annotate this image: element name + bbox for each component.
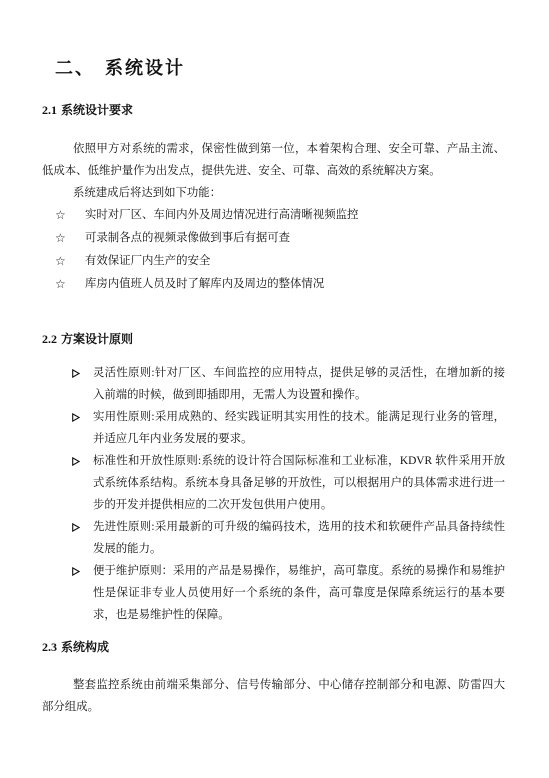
paragraph-requirements: 依照甲方对系统的需求，保密性做到第一位，本着架构合理、安全可靠、产品主流、低成本…: [42, 138, 505, 182]
section-heading-2-1: 2.1系统设计要求: [42, 103, 505, 118]
star-outline-icon: ☆: [42, 250, 85, 273]
document-page: 二、系统设计 2.1系统设计要求 依照甲方对系统的需求，保密性做到第一位，本着架…: [0, 0, 549, 778]
chapter-title: 系统设计: [105, 58, 185, 78]
list-item: 先进性原则:采用最新的可升级的编码技术，选用的技术和软硬件产品具备持续性发展的能…: [42, 516, 505, 560]
section-title: 系统构成: [61, 640, 109, 654]
chapter-number: 二、: [55, 58, 95, 78]
star-outline-icon: ☆: [42, 273, 85, 296]
list-item-text: 标准性和开放性原则:系统的设计符合国际标准和工业标准，KDVR 软件采用开放式系…: [93, 450, 505, 516]
arrowhead-right-icon: [72, 450, 93, 466]
section-number: 2.3: [42, 640, 57, 654]
list-item: 实用性原则:采用成熟的、经实践证明其实用性的技术。能满足现行业务的管理，并适应几…: [42, 406, 505, 450]
star-outline-icon: ☆: [42, 227, 85, 250]
paragraph-functions-intro: 系统建成后将达到如下功能：: [42, 182, 505, 204]
arrowhead-right-icon: [72, 406, 93, 422]
list-item-text: 可录制各点的视频录像做到事后有据可查: [85, 227, 505, 250]
section-title: 方案设计原则: [61, 332, 133, 346]
list-item: 便于维护原则：采用的产品是易操作，易维护，高可靠度。系统的易操作和易维护性是保证…: [42, 560, 505, 626]
list-item: ☆ 可录制各点的视频录像做到事后有据可查: [42, 227, 505, 250]
arrowhead-right-icon: [72, 516, 93, 532]
star-outline-icon: ☆: [42, 204, 85, 227]
list-item-text: 库房内值班人员及时了解库内及周边的整体情况: [85, 273, 505, 296]
section-heading-2-2: 2.2方案设计原则: [42, 332, 505, 347]
list-item-text: 便于维护原则：采用的产品是易操作，易维护，高可靠度。系统的易操作和易维护性是保证…: [93, 560, 505, 626]
arrowhead-right-icon: [72, 560, 93, 576]
chapter-heading: 二、系统设计: [55, 56, 505, 80]
design-principle-list: 灵活性原则:针对厂区、车间监控的应用特点，提供足够的灵活性，在增加新的接入前端的…: [42, 362, 505, 626]
arrowhead-right-icon: [72, 362, 93, 378]
list-item: ☆ 有效保证厂内生产的安全: [42, 250, 505, 273]
list-item: 标准性和开放性原则:系统的设计符合国际标准和工业标准，KDVR 软件采用开放式系…: [42, 450, 505, 516]
paragraph-system-composition: 整套监控系统由前端采集部分、信号传输部分、中心储存控制部分和电源、防雷四大部分组…: [42, 674, 505, 718]
list-item-text: 灵活性原则:针对厂区、车间监控的应用特点，提供足够的灵活性，在增加新的接入前端的…: [93, 362, 505, 406]
list-item-text: 实用性原则:采用成熟的、经实践证明其实用性的技术。能满足现行业务的管理，并适应几…: [93, 406, 505, 450]
list-item-text: 先进性原则:采用最新的可升级的编码技术，选用的技术和软硬件产品具备持续性发展的能…: [93, 516, 505, 560]
feature-list: ☆ 实时对厂区、车间内外及周边情况进行高清晰视频监控 ☆ 可录制各点的视频录像做…: [42, 204, 505, 296]
section-title: 系统设计要求: [61, 103, 133, 117]
list-item: 灵活性原则:针对厂区、车间监控的应用特点，提供足够的灵活性，在增加新的接入前端的…: [42, 362, 505, 406]
list-item: ☆ 实时对厂区、车间内外及周边情况进行高清晰视频监控: [42, 204, 505, 227]
list-item-text: 实时对厂区、车间内外及周边情况进行高清晰视频监控: [85, 204, 505, 227]
section-heading-2-3: 2.3系统构成: [42, 640, 505, 655]
list-item: ☆ 库房内值班人员及时了解库内及周边的整体情况: [42, 273, 505, 296]
section-number: 2.1: [42, 103, 57, 117]
list-item-text: 有效保证厂内生产的安全: [85, 250, 505, 273]
section-number: 2.2: [42, 332, 57, 346]
